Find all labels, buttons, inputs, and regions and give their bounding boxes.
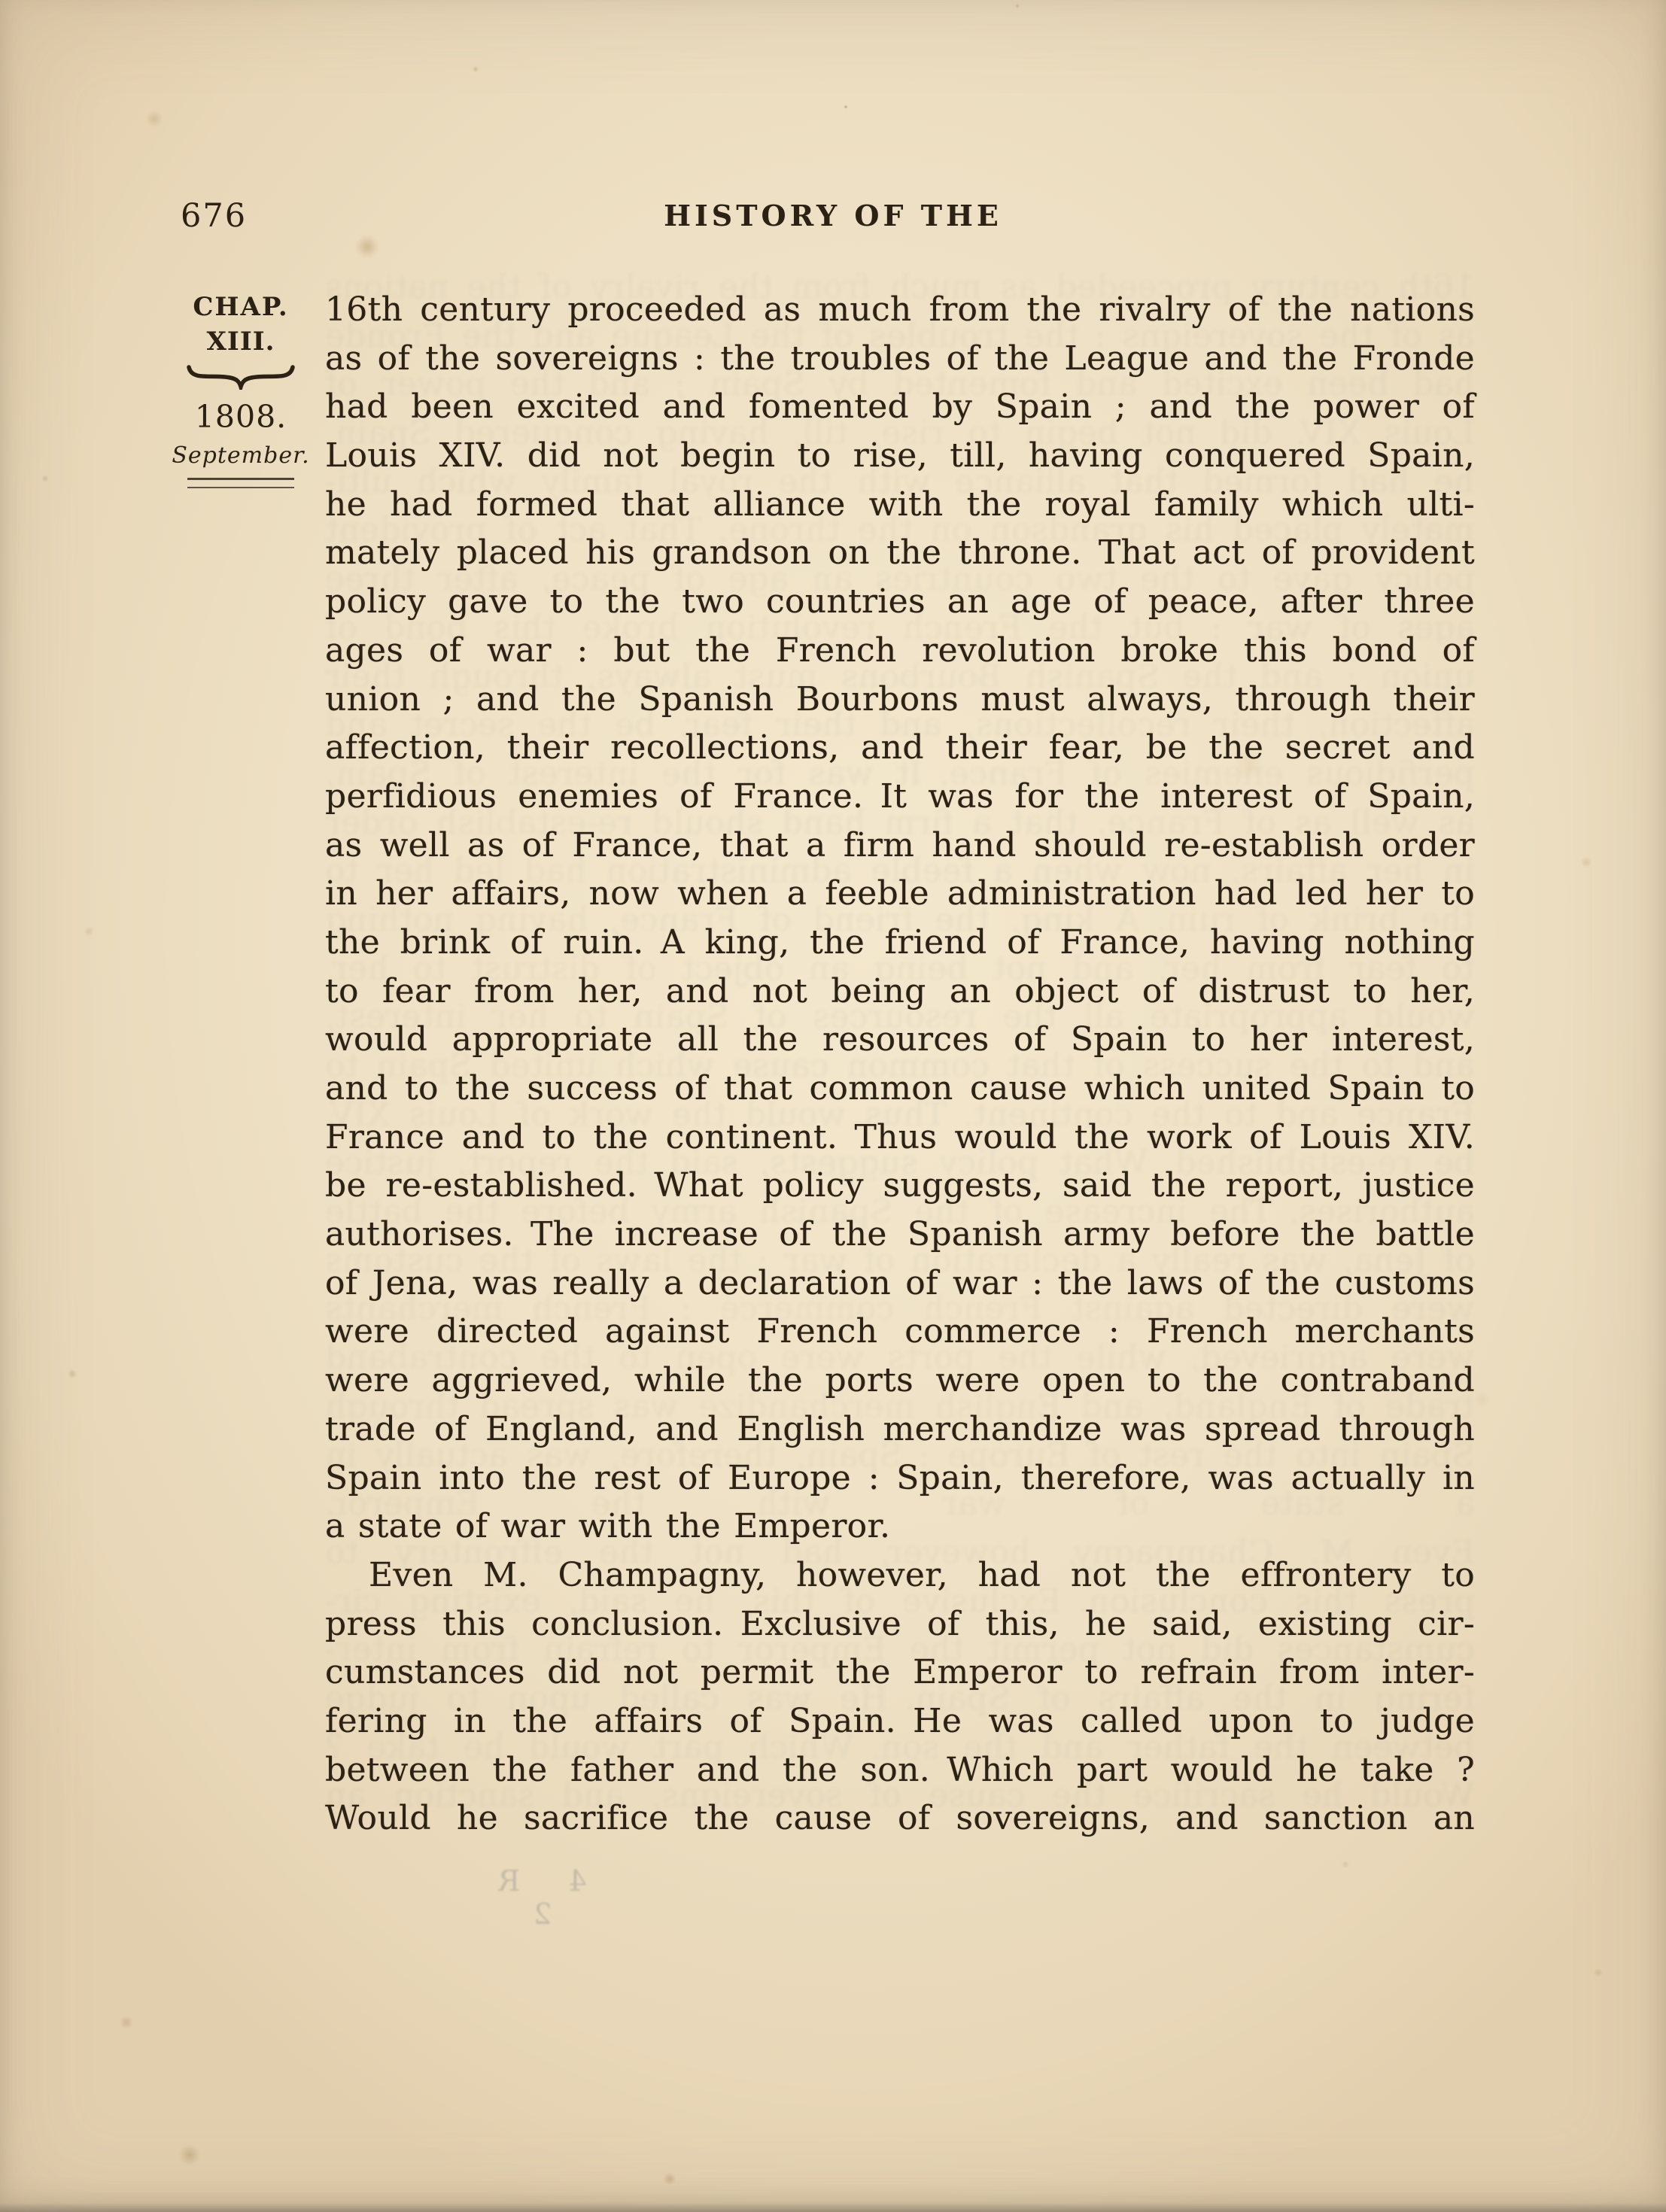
margin-notes: CHAP. XIII. 1808. September.	[172, 292, 310, 488]
body-line: would appropriate all the resources of S…	[325, 1020, 1475, 1069]
body-line: of Jena, was really a declaration of war…	[325, 1264, 1475, 1313]
body-line: Spain into the rest of Europe : Spain, t…	[325, 1459, 1475, 1508]
margin-month: September.	[172, 442, 310, 469]
body-line: to fear from her, and not being an objec…	[325, 972, 1475, 1021]
body-line: be re-established. What policy suggests,…	[325, 1166, 1475, 1215]
body-text: 16th century proceeded as much from the …	[325, 290, 1475, 1848]
body-line: Would he sacrifice the cause of sovereig…	[325, 1799, 1475, 1848]
body-line: Even M. Champagny, however, had not the …	[325, 1556, 1475, 1605]
body-line: policy gave to the two countries an age …	[325, 582, 1475, 631]
running-header: HISTORY OF THE	[0, 199, 1666, 232]
body-line: press this conclusion. Exclusive of this…	[325, 1605, 1475, 1654]
body-line: union ; and the Spanish Bourbons must al…	[325, 680, 1475, 729]
body-line: France and to the continent. Thus would …	[325, 1118, 1475, 1167]
body-line: between the father and the son. Which pa…	[325, 1751, 1475, 1800]
body-line: the brink of ruin. A king, the friend of…	[325, 923, 1475, 972]
body-line: trade of England, and English merchandiz…	[325, 1410, 1475, 1459]
body-line: had been excited and fomented by Spain ;…	[325, 387, 1475, 436]
body-line: 16th century proceeded as much from the …	[325, 290, 1475, 339]
body-line: Louis XIV. did not begin to rise, till, …	[325, 436, 1475, 485]
body-line: affection, their recollections, and thei…	[325, 728, 1475, 777]
body-line: authorises. The increase of the Spanish …	[325, 1215, 1475, 1264]
chapter-label: CHAP.	[172, 292, 310, 322]
body-line: in her affairs, now when a feeble admini…	[325, 874, 1475, 923]
body-line: he had formed that alliance with the roy…	[325, 485, 1475, 534]
body-line: and to the success of that common cause …	[325, 1069, 1475, 1118]
body-line: as well as of France, that a firm hand s…	[325, 826, 1475, 875]
body-line: were directed against French commerce : …	[325, 1312, 1475, 1361]
printed-layer: 676 HISTORY OF THE CHAP. XIII. 1808. Sep…	[0, 0, 1666, 2212]
margin-year: 1808.	[172, 399, 310, 435]
body-line: fering in the affairs of Spain. He was c…	[325, 1702, 1475, 1751]
body-line: as of the sovereigns : the troubles of t…	[325, 339, 1475, 388]
body-line: a state of war with the Emperor.	[325, 1507, 1475, 1556]
body-line: cumstances did not permit the Emperor to…	[325, 1653, 1475, 1702]
body-line: ages of war : but the French revolution …	[325, 631, 1475, 680]
chapter-brace-ornament	[185, 363, 296, 390]
body-line: were aggrieved, while the ports were ope…	[325, 1361, 1475, 1410]
body-line: mately placed his grandson on the throne…	[325, 533, 1475, 582]
chapter-number: XIII.	[172, 327, 310, 357]
book-page-scan: 16th century proceeded as much from the …	[0, 0, 1666, 2212]
margin-rule	[187, 478, 294, 488]
body-line: perfidious enemies of France. It was for…	[325, 777, 1475, 826]
